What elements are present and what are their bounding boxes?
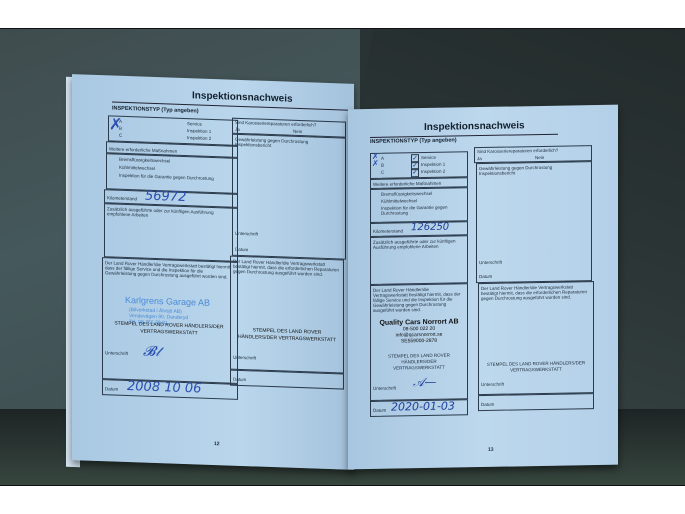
additional-work-label: Zusätzlich ausgeführte oder zur künftige…: [373, 238, 465, 250]
yes-label: Ja: [477, 156, 482, 161]
measure-coolant: Kühlmittelwechsel: [381, 198, 417, 204]
signature-mark: 𝓑𝓉: [143, 344, 160, 361]
warranty-box: Gewährleistung gegen Durchrostung Inspek…: [232, 134, 346, 260]
date-label: Datum: [373, 408, 386, 413]
date-value: 2008 10 06: [127, 379, 201, 397]
photo: Inspektionsnachweis INSPEKTIONSTYP (Typ …: [0, 28, 685, 486]
additional-work-label: Zusätzlich ausgeführte oder zur künftige…: [107, 206, 227, 220]
date-box: Datum 2020-01-03: [370, 399, 468, 417]
dealer-confirm-text: Der Land Rover Händler/die Vertragswerks…: [105, 260, 233, 279]
dealer-confirm-box: Der Land Rover Händler/die Vertragswerks…: [370, 283, 468, 401]
inspektion2-label: Inspektion 2: [421, 169, 445, 174]
yes-label: Ja: [235, 127, 240, 132]
measure-rust: Inspektion für die Garantie gegen Durchr…: [119, 173, 229, 182]
check-a-icon: ✗✗: [372, 153, 379, 167]
inspektion2-label: Inspektion 2: [187, 135, 211, 141]
page-title: Inspektionsnachweis: [192, 90, 293, 105]
date-box-2: Datum: [478, 393, 594, 411]
measures-box: Bremsflüssigkeitswechsel Kühlmittelwechs…: [106, 153, 238, 194]
repairs-question: Sind Karosseriereparaturen erforderlich?: [477, 148, 558, 154]
stamp-label-2: STEMPEL DES LAND ROVER HÄNDLERS/DER VERT…: [481, 360, 591, 374]
measures-label: Weitere erforderliche Maßnahmen: [109, 146, 177, 153]
stamp-label-2: STEMPEL DES LAND ROVER HÄNDLERS/DER VERT…: [233, 327, 341, 345]
type-a-label: A: [381, 156, 384, 161]
signature-label-3: Unterschrift: [481, 382, 504, 387]
booklet-page-left: Inspektionsnachweis INSPEKTIONSTYP (Typ …: [72, 74, 354, 470]
date-label-3: Datum: [233, 377, 246, 382]
dealer-confirm-box: Der Land Rover Händler/die Vertragswerks…: [102, 257, 238, 384]
date-label-3: Datum: [481, 402, 494, 407]
measure-brake: Bremsflüssigkeitswechsel: [119, 157, 170, 164]
date-label: Datum: [105, 386, 118, 391]
no-label: Nein: [293, 129, 302, 134]
inspektion1-label: Inspektion 1: [421, 162, 445, 167]
dealer-repair-text: Der Land Rover Händler/die Vertragswerks…: [233, 259, 341, 278]
page-number: 13: [488, 447, 494, 453]
page-number: 12: [214, 441, 220, 447]
service-label: Service: [187, 121, 202, 127]
date-box-2: Datum: [230, 370, 344, 390]
no-label: Nein: [535, 155, 544, 160]
signature-label-3: Unterschrift: [233, 355, 256, 361]
measures-box: Bremsflüssigkeitswechsel Kühlmittelwechs…: [370, 187, 468, 223]
additional-work-box: Zusätzlich ausgeführte oder zur künftige…: [370, 235, 468, 285]
dealer-repair-box: Der Land Rover Händler/die Vertragswerks…: [478, 281, 594, 395]
inspektion2-check-icon: ✓: [411, 168, 419, 177]
date-label-2: Datum: [479, 274, 492, 279]
warranty-label: Gewährleistung gegen Durchrostung Inspek…: [235, 137, 335, 150]
dealer-repair-box: Der Land Rover Händler/die Vertragswerks…: [230, 256, 344, 374]
page-subtitle: INSPEKTIONSTYP (Typ angeben): [112, 105, 199, 114]
handwritten-check-icon: ✗: [109, 114, 122, 133]
service-label: Service: [421, 155, 436, 160]
dealer-confirm-text: Der Land Rover Händler/die Vertragswerks…: [373, 286, 465, 313]
measure-rust: Inspektion für die Garantie gegen Durchr…: [381, 204, 465, 215]
measures-label: Weitere erforderliche Maßnahmen: [373, 181, 441, 187]
additional-work-box: Zusätzlich ausgeführte oder zur künftige…: [104, 203, 238, 262]
dealer-repair-text: Der Land Rover Händler/die Vertragswerks…: [481, 284, 589, 301]
stamp-label: STEMPEL DES LAND ROVER HÄNDLERS/DER VERT…: [375, 352, 463, 372]
warranty-box: Gewährleistung gegen Durchrostung Inspek…: [476, 161, 592, 283]
stamp-label: STEMPEL DES LAND ROVER HÄNDLERS/DER VERT…: [113, 321, 225, 339]
measure-brake: Bremsflüssigkeitswechsel: [381, 191, 432, 197]
stamp-name: Karlgrens Garage AB: [125, 295, 210, 308]
signature-label: Unterschrift: [373, 386, 396, 391]
km-value: 56972: [145, 189, 186, 205]
date-label-2: Datum: [235, 247, 248, 252]
signature-mark: 𝒜—: [413, 375, 436, 390]
page-title: Inspektionsnachweis: [424, 120, 525, 133]
km-value: 126250: [411, 222, 449, 234]
title-rule: [370, 134, 558, 138]
date-box: Datum 2008 10 06: [102, 379, 238, 400]
type-c-label: C: [381, 170, 384, 175]
type-box: A B C ✗✗ ✓ ✓ ✓ Service Inspektion 1 Insp…: [370, 151, 468, 179]
warranty-label: Gewährleistung gegen Durchrostung Inspek…: [479, 164, 579, 176]
type-b-label: B: [381, 163, 384, 168]
km-label: Kilometerstand: [373, 228, 403, 234]
stamp-org: SE559000-2878: [371, 337, 467, 346]
booklet-page-right: Inspektionsnachweis INSPEKTIONSTYP (Typ …: [348, 105, 618, 470]
inspektion1-label: Inspektion 1: [187, 128, 211, 134]
signature-label-2: Unterschrift: [235, 231, 258, 237]
date-value: 2020-01-03: [391, 399, 455, 413]
repairs-question: Sind Karosseriereparaturen erforderlich?: [235, 120, 316, 128]
signature-label-2: Unterschrift: [479, 260, 502, 265]
page-subtitle: INSPEKTIONSTYP (Typ angeben): [370, 137, 457, 145]
signature-label: Unterschrift: [105, 350, 128, 356]
km-label: Kilometerstand: [107, 195, 137, 201]
measure-coolant: Kühlmittelwechsel: [119, 165, 155, 171]
